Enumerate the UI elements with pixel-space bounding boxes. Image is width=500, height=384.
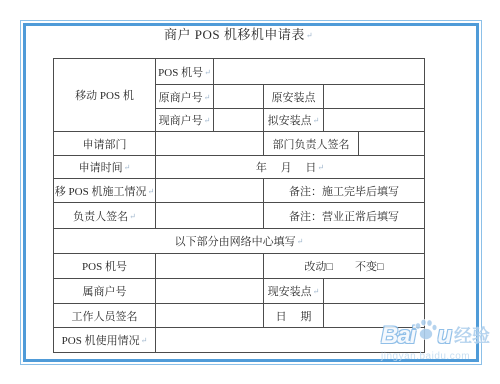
paragraph-mark-icon: ↵ [306, 31, 313, 40]
date-label: 日 期 [264, 304, 324, 328]
pos-machine-no-label-text: POS 机号 [158, 67, 203, 79]
table-row: 属商户号现安装点↵ [54, 279, 425, 304]
paragraph-mark-icon: ↵ [124, 163, 131, 172]
changed-unchanged-options: 改动□ 不变□ [264, 254, 425, 279]
pos-machine-no-2-label-text: POS 机号 [82, 261, 127, 273]
application-date-label-text: 申请时间 [79, 162, 123, 174]
paragraph-mark-icon: ↵ [129, 212, 136, 221]
date-label-text: 日 期 [276, 311, 312, 323]
pos-relocation-form-table: 移动 POS 机POS 机号↵原商户号↵原安装点现商户号↵拟安装点↵申请部门部门… [53, 58, 425, 353]
belonging-merchant-no-label: 属商户号 [54, 279, 156, 304]
belonging-merchant-no-input-cell [156, 279, 264, 304]
paragraph-mark-icon: ↵ [297, 237, 304, 246]
construction-remark-label-text: 备注：施工完毕后填写 [289, 186, 399, 198]
proposed-install-site-label-text: 拟安装点 [268, 115, 312, 127]
form-table-body: 移动 POS 机POS 机号↵原商户号↵原安装点现商户号↵拟安装点↵申请部门部门… [54, 59, 425, 353]
responsible-signature-input-cell [156, 203, 264, 229]
table-row: 移动 POS 机POS 机号↵ [54, 59, 425, 85]
original-merchant-no-label-text: 原商户号 [159, 92, 203, 104]
relocation-construction-status-input-cell [156, 179, 264, 203]
business-remark-label: 备注：营业正常后填写 [264, 203, 425, 229]
pos-machine-no-input-cell [214, 59, 425, 85]
pos-machine-no-label: POS 机号↵ [156, 59, 214, 85]
staff-signature-label: 工作人员签名 [54, 304, 156, 328]
current-install-site-input-cell [324, 279, 425, 304]
paragraph-mark-icon: ↵ [317, 163, 324, 172]
pos-usage-status-input-cell [156, 328, 425, 353]
business-remark-label-text: 备注：营业正常后填写 [289, 211, 399, 223]
mobile-pos-section-label-text: 移动 POS 机 [75, 90, 134, 102]
applying-department-input-cell [156, 132, 264, 156]
mobile-pos-section-label: 移动 POS 机 [54, 59, 156, 132]
table-row: 申请部门部门负责人签名 [54, 132, 425, 156]
pos-machine-no-2-input-cell [156, 254, 264, 279]
table-row: 申请时间↵年 月 日↵ [54, 156, 425, 179]
current-merchant-no-label: 现商户号↵ [156, 109, 214, 132]
current-install-site-label-text: 现安装点 [268, 286, 312, 298]
pos-usage-status-label: POS 机使用情况↵ [54, 328, 156, 353]
current-merchant-no-label-text: 现商户号 [159, 115, 203, 127]
construction-remark-label: 备注：施工完毕后填写 [264, 179, 425, 203]
table-row: 负责人签名↵备注：营业正常后填写 [54, 203, 425, 229]
table-row: POS 机号改动□ 不变□ [54, 254, 425, 279]
table-row: POS 机使用情况↵ [54, 328, 425, 353]
dept-head-signature-input-cell [359, 132, 425, 156]
application-date-value-cell-text: 年 月 日 [256, 162, 317, 174]
dept-head-signature-label-text: 部门负责人签名 [273, 139, 350, 151]
original-install-site-label-text: 原安装点 [272, 92, 316, 104]
responsible-signature-label-text: 负责人签名 [73, 211, 128, 223]
table-row: 工作人员签名日 期 [54, 304, 425, 328]
paragraph-mark-icon: ↵ [204, 93, 211, 102]
applying-department-label-text: 申请部门 [83, 139, 127, 151]
form-title: 商户 POS 机移机申请表↵ [53, 24, 424, 43]
table-row: 以下部分由网络中心填写↵ [54, 229, 425, 254]
application-date-value-cell: 年 月 日↵ [156, 156, 425, 179]
network-center-section-header: 以下部分由网络中心填写↵ [54, 229, 425, 254]
relocation-construction-status-label-text: 移 POS 机施工情况 [55, 186, 147, 198]
relocation-construction-status-label: 移 POS 机施工情况↵ [54, 179, 156, 203]
network-center-section-header-text: 以下部分由网络中心填写 [175, 236, 296, 248]
original-install-site-label: 原安装点 [264, 85, 324, 109]
changed-unchanged-options-text: 改动□ 不变□ [304, 261, 383, 273]
table-row: 移 POS 机施工情况↵备注：施工完毕后填写 [54, 179, 425, 203]
paragraph-mark-icon: ↵ [147, 187, 154, 196]
belonging-merchant-no-label-text: 属商户号 [83, 286, 127, 298]
proposed-install-site-input-cell [324, 109, 425, 132]
current-install-site-label: 现安装点↵ [264, 279, 324, 304]
staff-signature-input-cell [156, 304, 264, 328]
pos-usage-status-label-text: POS 机使用情况 [62, 335, 140, 347]
paragraph-mark-icon: ↵ [141, 336, 148, 345]
responsible-signature-label: 负责人签名↵ [54, 203, 156, 229]
paragraph-mark-icon: ↵ [313, 116, 320, 125]
original-merchant-no-label: 原商户号↵ [156, 85, 214, 109]
dept-head-signature-label: 部门负责人签名 [264, 132, 359, 156]
proposed-install-site-label: 拟安装点↵ [264, 109, 324, 132]
original-merchant-no-input-cell [214, 85, 264, 109]
current-merchant-no-input-cell [214, 109, 264, 132]
pos-machine-no-2-label: POS 机号 [54, 254, 156, 279]
applying-department-label: 申请部门 [54, 132, 156, 156]
original-install-site-input-cell [324, 85, 425, 109]
paragraph-mark-icon: ↵ [204, 116, 211, 125]
date-input-cell [324, 304, 425, 328]
paragraph-mark-icon: ↵ [204, 68, 211, 77]
form-title-text: 商户 POS 机移机申请表 [164, 27, 305, 42]
staff-signature-label-text: 工作人员签名 [72, 311, 138, 323]
paragraph-mark-icon: ↵ [313, 287, 320, 296]
application-date-label: 申请时间↵ [54, 156, 156, 179]
